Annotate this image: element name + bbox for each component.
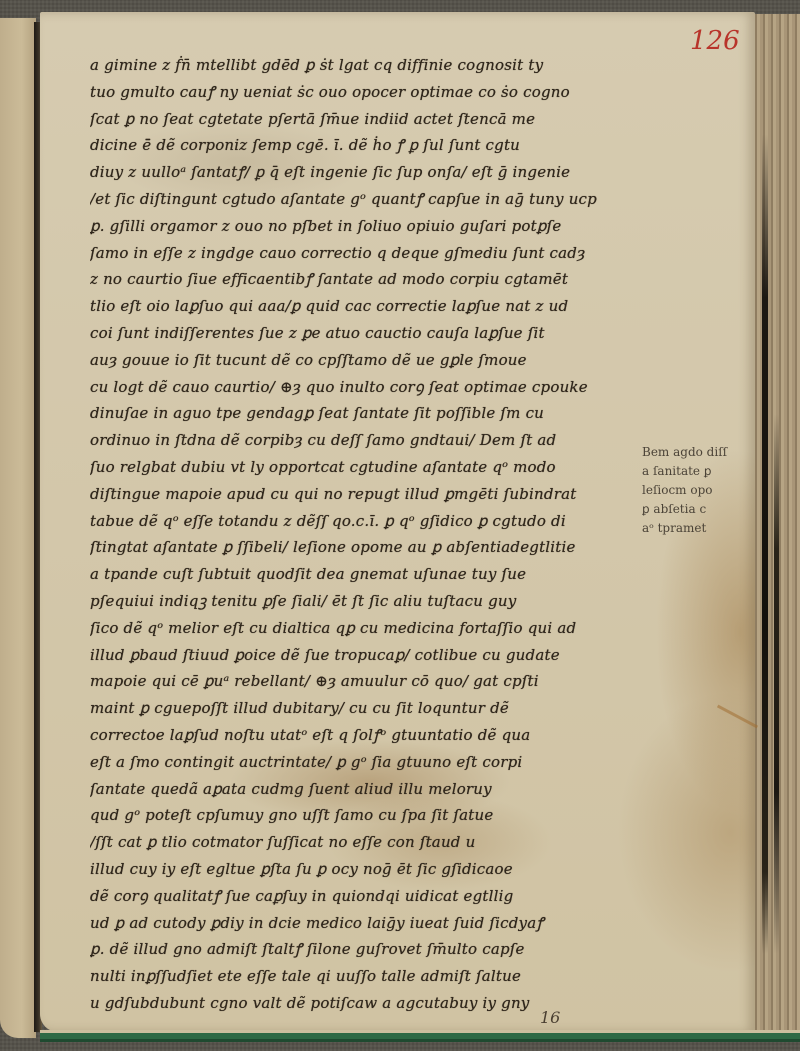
marginal-note-line: leſiocm opo (642, 481, 752, 500)
marginal-note-line: ꝑ abſetia c (642, 500, 752, 519)
manuscript-line: diſtingue mapoie apud cu qui no repugt i… (90, 481, 630, 508)
manuscript-line: a tpande cuſt ſubtuit quodſit dea gnemat… (90, 561, 630, 588)
manuscript-line: tlio eſt oio laꝑſuo qui aaa/ꝑ quid cac c… (90, 293, 630, 320)
facing-page-edge (0, 18, 36, 1038)
manuscript-line: cu logt dẽ cauo caurtio/ ⊕ȝ quo inulto c… (90, 374, 630, 401)
manuscript-line: ſamo in eſſe z ingdge cauo correctio q d… (90, 240, 630, 267)
manuscript-line: tuo gmulto cauꝭ ny ueniat ṡc ouo opocer … (90, 79, 630, 106)
manuscript-line: correctoe laꝑſud noſtu utatᵒ eſt q ſolꝭᵒ… (90, 722, 630, 749)
manuscript-line: eſt a ſmo contingit auctrintate/ ꝑ gᵒ ſi… (90, 749, 630, 776)
manuscript-line: qud gᵒ poteſt cpſumuy gno uſſt ſamo cu ſ… (90, 802, 630, 829)
manuscript-line: /ſſt cat ꝑ tlio cotmator ſuſſicat no eſſ… (90, 829, 630, 856)
manuscript-line: z no caurtio ſiue efficaentibꝭ ſantate a… (90, 266, 630, 293)
manuscript-line: dinuſae in aguo tpe gendagꝑ ſeat ſantate… (90, 400, 630, 427)
manuscript-line: nulti inꝑſſudſiet ete eſſe tale qi uuſſo… (90, 963, 630, 990)
manuscript-line: pſequiui indiqꝫ tenitu ꝑſe ſiali/ ēt ſt … (90, 588, 630, 615)
manuscript-line: illud ꝑbaud ſtiuud ꝑoice dẽ ſue tropucaꝑ… (90, 642, 630, 669)
manuscript-line: ſtingtat aſantate ꝑ ſſibeli/ leſione opo… (90, 534, 630, 561)
marginal-note-line: aᵒ tpramet (642, 519, 752, 538)
manuscript-line: ſuo relgbat dubiu vt ly opportcat cgtudi… (90, 454, 630, 481)
manuscript-line: ſico dẽ qᵒ melior eſt cu dialtica qꝑ cu … (90, 615, 630, 642)
manuscript-line: a gimine z ḟn̄ mtellibt gdēd ꝑ ṡt lgat c… (90, 52, 630, 79)
manuscript-line: maint ꝑ cguepoſſt illud dubitary/ cu cu … (90, 695, 630, 722)
quire-signature: 16 (540, 1008, 560, 1027)
manuscript-line: ꝑ. gſilli orgamor z ouo no pſbet in ſoli… (90, 213, 630, 240)
manuscript-line: diuy z uulloᵃ ſantatꝭ/ ꝑ q̄ eſt ingenie … (90, 159, 630, 186)
marginal-note-line: Bem agdo diſſ (642, 443, 752, 462)
manuscript-line: coi ſunt indiſſerentes ſue z ꝑe atuo cau… (90, 320, 630, 347)
manuscript-line: ordinuo in ſtdna dẽ corpibȝ cu deſſ ſamo… (90, 427, 630, 454)
manuscript-line: dicine ē̄ dẽ corponiz ſemp cgē. ī. dẽ ḣo… (90, 132, 630, 159)
manuscript-line: ꝑ. dẽ illud gno admiſt ſtaltꝭ ſilone guſ… (90, 936, 630, 963)
manuscript-line: mapoie qui cē ꝑuᵃ rebellant/ ⊕ȝ amuulur … (90, 668, 630, 695)
manuscript-line: ſantate quedã aꝑata cudmg ſuent aliud il… (90, 776, 630, 803)
manuscript-line: illud cuy iy eſt egltue ꝑſta ſu ꝑ ocy no… (90, 856, 630, 883)
marginal-note: Bem agdo diſſa ſanitate ꝑleſiocm opoꝑ ab… (642, 443, 752, 538)
manuscript-line: dẽ corꝯ qualitatꝭ ſue caꝑſuy in quiondqi… (90, 883, 630, 910)
manuscript-line: ud ꝑ ad cutody ꝑdiy in dcie medico laiḡy… (90, 910, 630, 937)
main-text-block: a gimine z ḟn̄ mtellibt gdēd ꝑ ṡt lgat c… (90, 52, 630, 1017)
manuscript-line: ſcat ꝑ no ſeat cgtetate pſertā ſm̄ue ind… (90, 106, 630, 133)
marginal-note-line: a ſanitate ꝑ (642, 462, 752, 481)
green-cover-edge (40, 1030, 800, 1042)
page-edges-stack (752, 14, 800, 1036)
manuscript-line: tabue dẽ qᵒ eſſe totandu z dẽſſ qo.c.ī. … (90, 508, 630, 535)
manuscript-line: /et ſic diſtingunt cgtudo aſantate gᵒ qu… (90, 186, 630, 213)
manuscript-line: auȝ gouue io ſit tucunt dẽ co cpſſtamo d… (90, 347, 630, 374)
folio-number: 126 (690, 26, 740, 56)
